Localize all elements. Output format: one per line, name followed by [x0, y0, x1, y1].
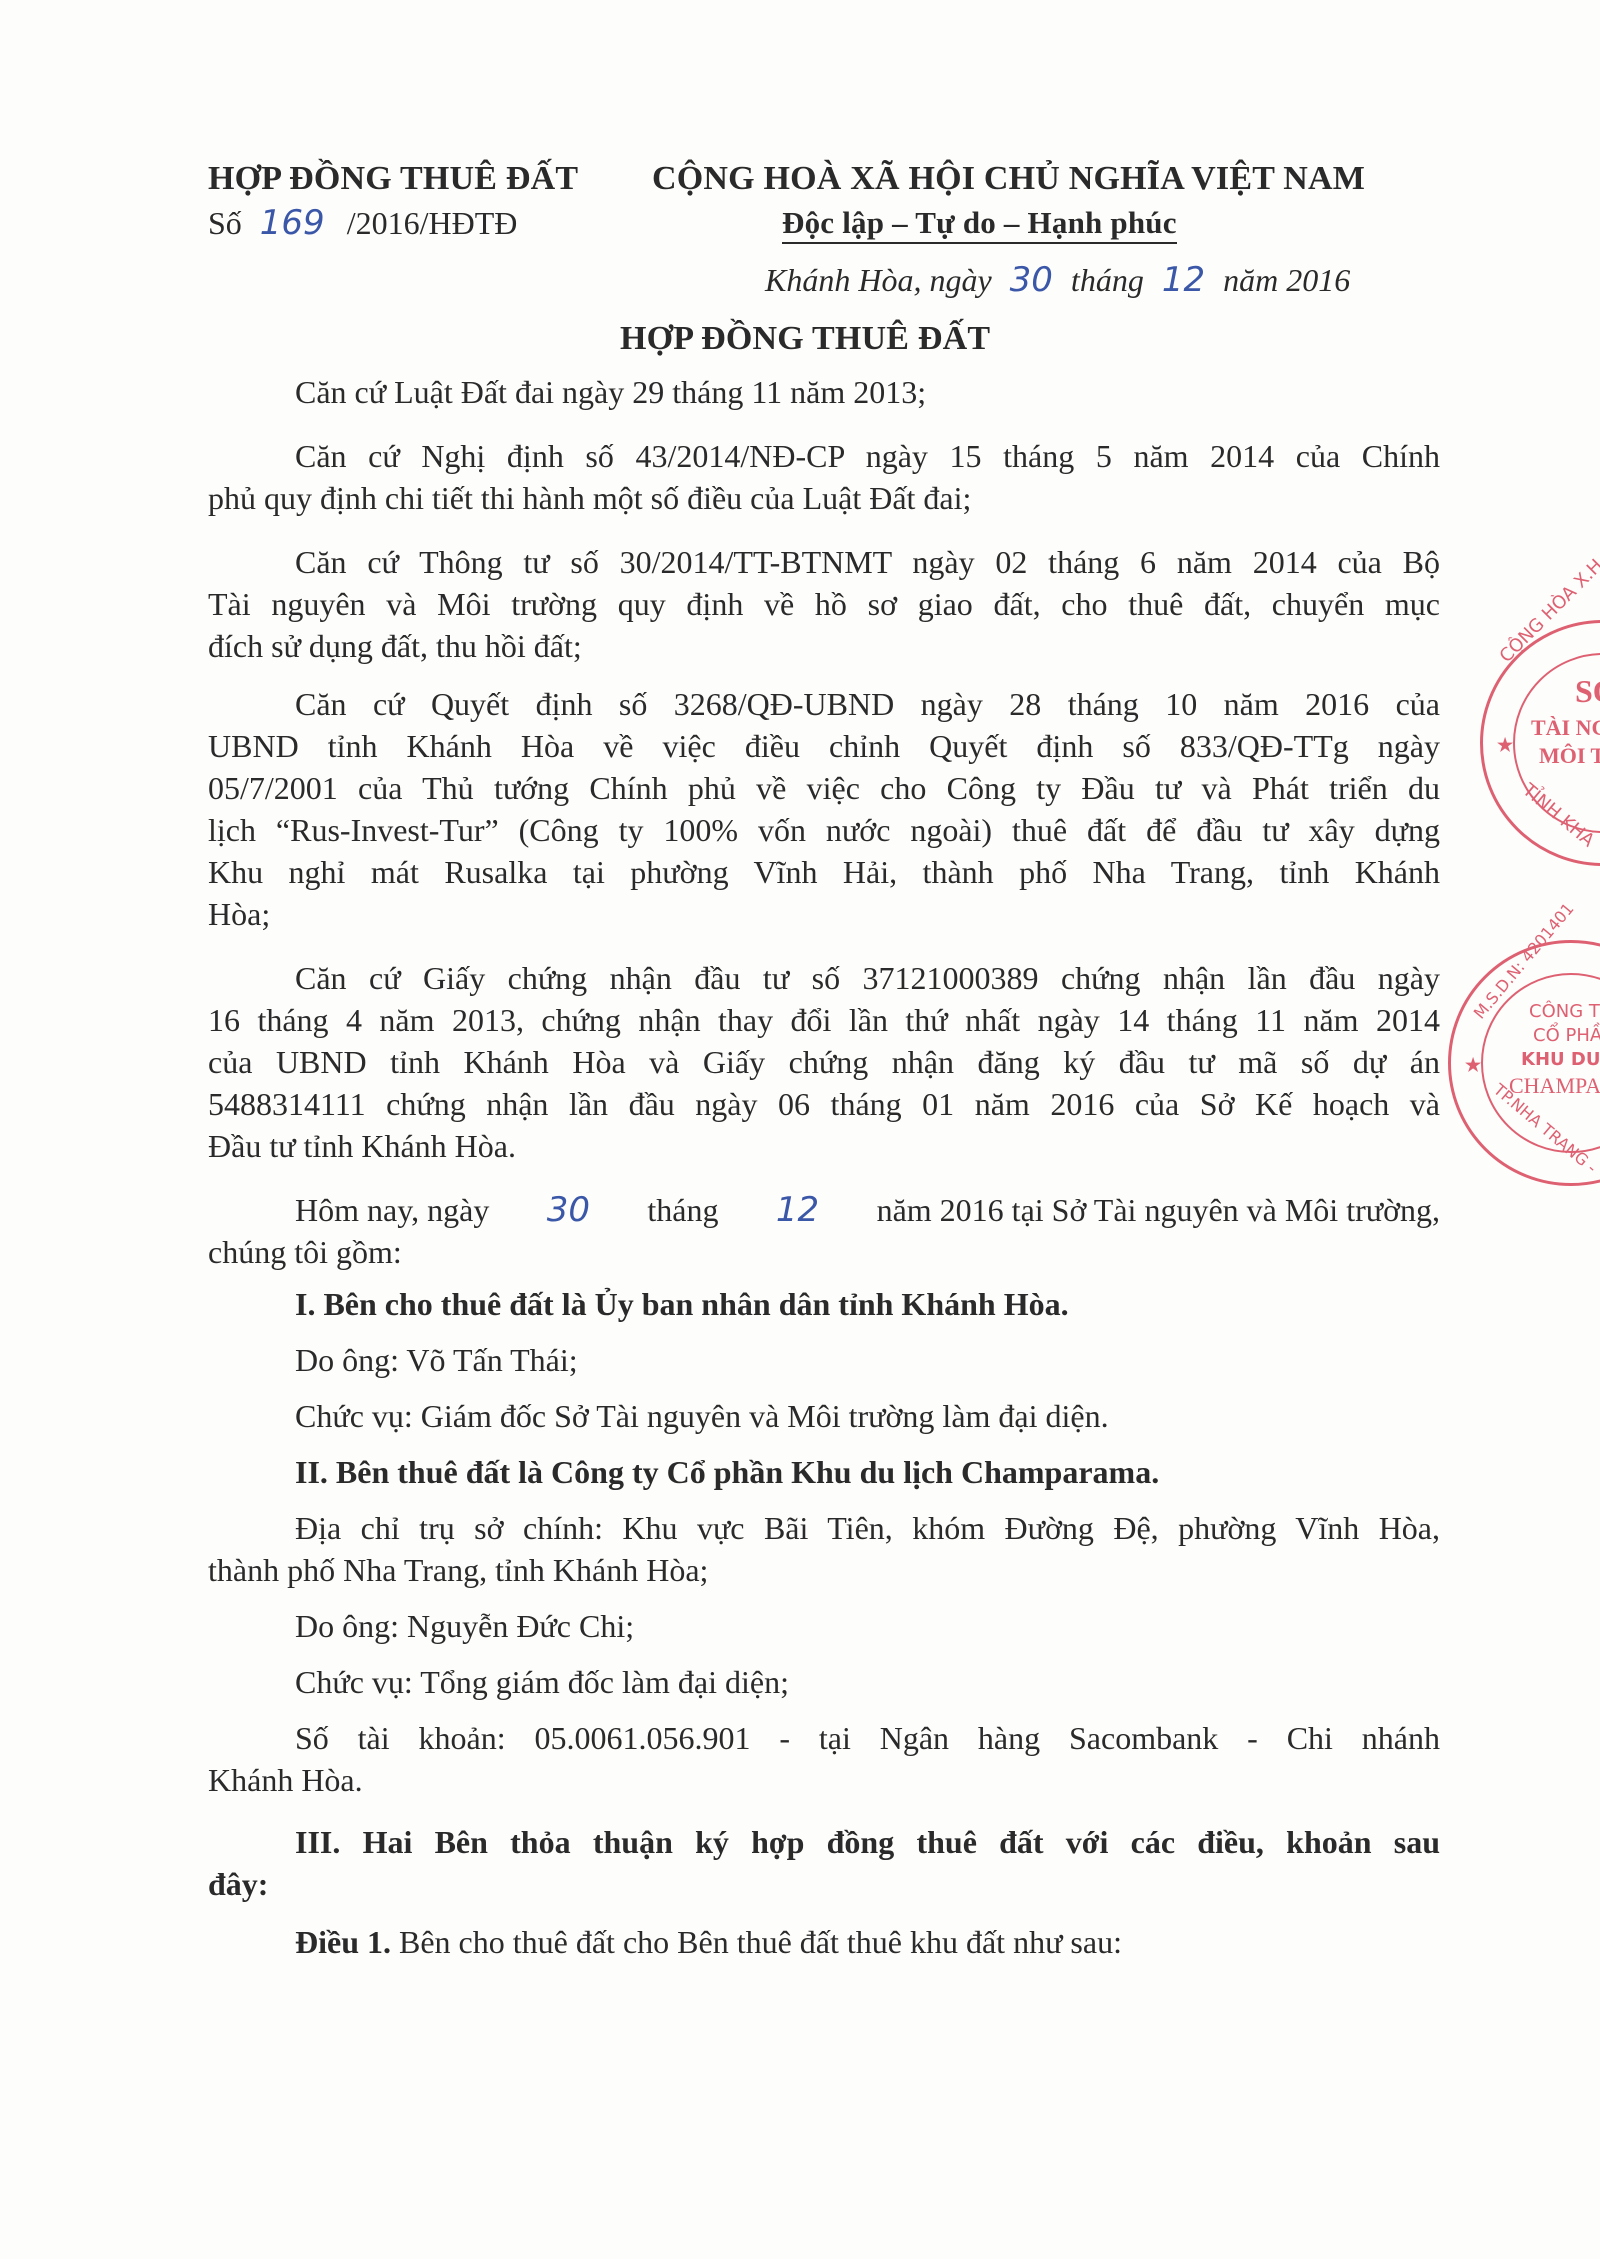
stamp2-line: CỔ PHẦ: [1533, 1025, 1600, 1046]
date-day-handwritten: 30: [1010, 260, 1053, 300]
contract-number: Số 169 /2016/HĐTĐ: [208, 203, 517, 243]
today-prefix: Hôm nay, ngày: [295, 1190, 489, 1230]
number-handwritten: 169: [260, 203, 325, 243]
basis-line: của UBND tỉnh Khánh Hòa và Giấy chứng nh…: [208, 1042, 1440, 1082]
party2-address: Địa chỉ trụ sở chính: Khu vực Bãi Tiên, …: [295, 1508, 1440, 1548]
stamp1-line: SỞ: [1575, 673, 1600, 710]
party1-heading: I. Bên cho thuê đất là Ủy ban nhân dân t…: [295, 1284, 1440, 1324]
stamp1-line: TÀI NGUY: [1531, 715, 1600, 741]
date-month-handwritten: 12: [1162, 260, 1205, 300]
basis-line: 05/7/2001 của Thủ tướng Chính phủ về việ…: [208, 768, 1440, 808]
party2-heading: II. Bên thuê đất là Công ty Cổ phần Khu …: [295, 1452, 1440, 1492]
basis-line: Căn cứ Luật Đất đai ngày 29 tháng 11 năm…: [295, 372, 1440, 412]
basis-line: Khu nghỉ mát Rusalka tại phường Vĩnh Hải…: [208, 852, 1440, 892]
basis-line: Đầu tư tỉnh Khánh Hòa.: [208, 1126, 1440, 1166]
national-title: CỘNG HOÀ XÃ HỘI CHỦ NGHĨA VIỆT NAM: [652, 160, 1365, 198]
date-month-label: tháng: [1071, 262, 1144, 298]
stamp-department-seal: CỘNG HÒA X.H.C. TỈNH KHÁ SỞ TÀI NGUY MÔI…: [1480, 620, 1600, 866]
party2-account-cont: Khánh Hòa.: [208, 1760, 1440, 1800]
party2-account: Số tài khoản: 05.0061.056.901 - tại Ngân…: [295, 1718, 1440, 1758]
basis-line: lịch “Rus-Invest-Tur” (Công ty 100% vốn …: [208, 810, 1440, 850]
document-title: HỢP ĐỒNG THUÊ ĐẤT: [620, 320, 990, 358]
basis-line: 5488314111 chứng nhận lần đầu ngày 06 th…: [208, 1084, 1440, 1124]
contract-label: HỢP ĐỒNG THUÊ ĐẤT: [208, 160, 578, 198]
stamp1-ring-bottom: TỈNH KHÁ: [1518, 780, 1598, 852]
stamp1-ring-top: CỘNG HÒA X.H.C.: [1496, 539, 1600, 667]
number-prefix: Số: [208, 205, 242, 241]
place-date: Khánh Hòa, ngày 30 tháng 12 năm 2016: [765, 260, 1350, 300]
basis-line: phủ quy định chi tiết thi hành một số đi…: [208, 478, 1440, 518]
basis-line: 16 tháng 4 năm 2013, chứng nhận thay đổi…: [208, 1000, 1440, 1040]
basis-line: đích sử dụng đất, thu hồi đất;: [208, 626, 1440, 666]
stamp2-ring-bottom: TP.NHA TRANG -: [1490, 1080, 1600, 1177]
article1-text: Bên cho thuê đất cho Bên thuê đất thuê k…: [399, 1924, 1122, 1960]
stamp2-line: KHU DU L: [1521, 1049, 1600, 1070]
today-month-handwritten: 12: [776, 1190, 819, 1230]
place-date-prefix: Khánh Hòa, ngày: [765, 262, 992, 298]
party1-representative: Do ông: Võ Tấn Thái;: [295, 1340, 1440, 1380]
party2-representative: Do ông: Nguyễn Đức Chi;: [295, 1606, 1440, 1646]
national-motto: Độc lập – Tự do – Hạnh phúc: [782, 205, 1177, 244]
basis-line: Căn cứ Quyết định số 3268/QĐ-UBND ngày 2…: [295, 684, 1440, 724]
article1-label: Điều 1.: [295, 1924, 391, 1960]
party2-address-cont: thành phố Nha Trang, tỉnh Khánh Hòa;: [208, 1550, 1440, 1590]
stamp-company-seal: M.S.D.N: 4201401 TP.NHA TRANG - CÔNG T C…: [1448, 940, 1600, 1186]
today-rest: năm 2016 tại Sở Tài nguyên và Môi trường…: [877, 1190, 1440, 1230]
basis-line: Căn cứ Thông tư số 30/2014/TT-BTNMT ngày…: [295, 542, 1440, 582]
stamp1-line: MÔI TRU: [1539, 743, 1600, 769]
stamp2-line: CHAMPAR: [1509, 1073, 1600, 1099]
today-day-handwritten: 30: [547, 1190, 590, 1230]
stamp2-line: CÔNG T: [1529, 1001, 1600, 1022]
basis-line: UBND tỉnh Khánh Hòa về việc điều chỉnh Q…: [208, 726, 1440, 766]
section3-heading: III. Hai Bên thỏa thuận ký hợp đồng thuê…: [295, 1822, 1440, 1862]
party2-position: Chức vụ: Tổng giám đốc làm đại diện;: [295, 1662, 1440, 1702]
star-icon: ★: [1465, 1055, 1481, 1076]
section3-heading-cont: đây:: [208, 1864, 1440, 1904]
star-icon: ★: [1497, 735, 1513, 756]
number-suffix: /2016/HĐTĐ: [347, 205, 518, 241]
basis-line: Căn cứ Nghị định số 43/2014/NĐ-CP ngày 1…: [295, 436, 1440, 476]
basis-line: Hòa;: [208, 894, 1440, 934]
article1: Điều 1. Bên cho thuê đất cho Bên thuê đấ…: [295, 1922, 1440, 1962]
party1-position: Chức vụ: Giám đốc Sở Tài nguyên và Môi t…: [295, 1396, 1440, 1436]
today-line: Hôm nay, ngày 30 tháng 12 năm 2016 tại S…: [295, 1190, 1440, 1230]
basis-line: Tài nguyên và Môi trường quy định về hồ …: [208, 584, 1440, 624]
today-line2: chúng tôi gồm:: [208, 1232, 1440, 1272]
basis-line: Căn cứ Giấy chứng nhận đầu tư số 3712100…: [295, 958, 1440, 998]
stamp2-ring-top: M.S.D.N: 4201401: [1470, 899, 1578, 1022]
date-year: năm 2016: [1223, 262, 1350, 298]
today-month-label: tháng: [647, 1190, 718, 1230]
